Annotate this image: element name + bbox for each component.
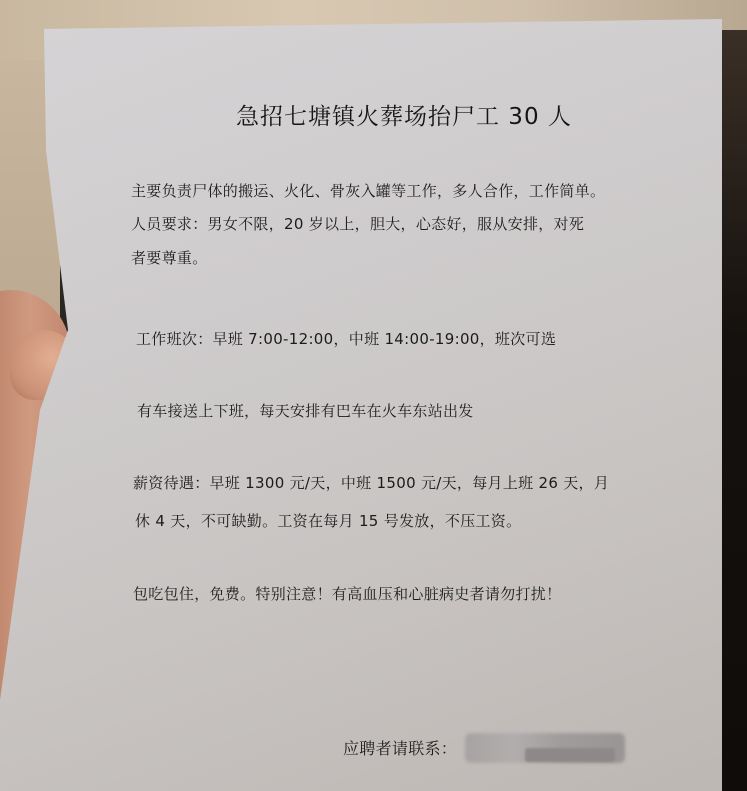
redacted-contact-detail	[525, 748, 615, 762]
salary-line-cont: 休 4 天，不可缺勤。工资在每月 15 号发放，不压工资。	[135, 510, 521, 531]
requirements-line-cont: 者要尊重。	[131, 247, 208, 268]
duties-line: 主要负责尸体的搬运、火化、骨灰入罐等工作，多人合作，工作简单。	[131, 180, 605, 201]
salary-line: 薪资待遇：早班 1300 元/天，中班 1500 元/天，每月上班 26 天，月	[133, 472, 609, 493]
benefits-warning-line: 包吃包住，免费。特别注意！有高血压和心脏病史者请勿打扰！	[133, 583, 561, 604]
notice-title: 急招七塘镇火葬场抬尸工 30 人	[236, 98, 572, 131]
shifts-line: 工作班次：早班 7:00-12:00，中班 14:00-19:00，班次可选	[136, 328, 556, 349]
requirements-line: 人员要求：男女不限，20 岁以上，胆大，心态好，服从安排，对死	[131, 213, 584, 234]
contact-label: 应聘者请联系：	[343, 736, 457, 759]
transport-line: 有车接送上下班，每天安排有巴车在火车东站出发	[137, 400, 474, 421]
